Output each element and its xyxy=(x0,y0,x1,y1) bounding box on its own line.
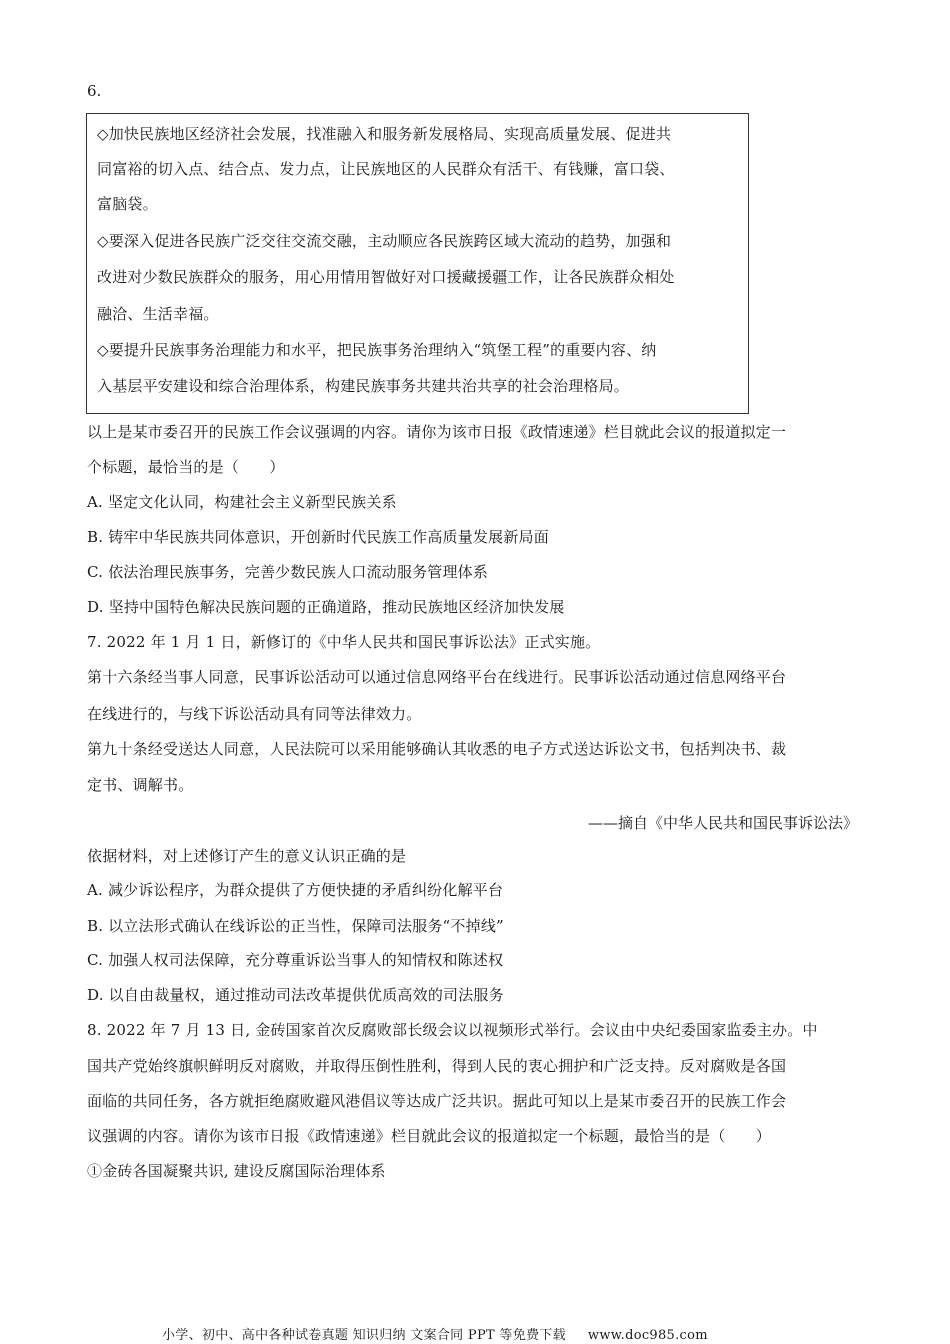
option-c: C. 加强人权司法保障，充分尊重诉讼当事人的知情权和陈述权 xyxy=(87,950,503,970)
material-line: 第九十条经受送达人同意，人民法院可以采用能够确认其收悉的电子方式送达诉讼文书，包… xyxy=(87,739,786,759)
source-citation: ——摘自《中华人民共和国民事诉讼法》 xyxy=(588,812,858,833)
option-a: A. 坚定文化认同，构建社会主义新型民族关系 xyxy=(87,492,397,512)
material-line: 在线进行的，与线下诉讼活动具有同等法律效力。 xyxy=(87,704,421,724)
option-c: C. 依法治理民族事务，完善少数民族人口流动服务管理体系 xyxy=(87,562,488,582)
material-line: ◇要提升民族事务治理能力和水平，把民族事务治理纳入“筑堡工程”的重要内容、纳 xyxy=(97,340,656,360)
question-text: 8. 2022 年 7 月 13 日, 金砖国家首次反腐败部长级会议以视频形式举… xyxy=(87,1020,818,1040)
question-stem: 个标题，最恰当的是（ ） xyxy=(87,457,285,477)
option-b: B. 铸牢中华民族共同体意识，开创新时代民族工作高质量发展新局面 xyxy=(87,527,549,547)
material-line: 富脑袋。 xyxy=(97,194,158,214)
question-intro: 7. 2022 年 1 月 1 日，新修订的《中华人民共和国民事诉讼法》正式实施… xyxy=(87,632,600,652)
material-box: ◇加快民族地区经济社会发展，找准融入和服务新发展格局、实现高质量发展、促进共 同… xyxy=(86,113,749,414)
material-line: 入基层平安建设和综合治理体系，构建民族事务共建共治共享的社会治理格局。 xyxy=(97,376,629,396)
material-line: 定书、调解书。 xyxy=(87,775,193,795)
option-b: B. 以立法形式确认在线诉讼的正当性，保障司法服务“不掉线” xyxy=(87,916,504,936)
material-line: 同富裕的切入点、结合点、发力点，让民族地区的人民群众有活干、有钱赚，富口袋、 xyxy=(97,159,675,179)
material-line: 第十六条经当事人同意，民事诉讼活动可以通过信息网络平台在线进行。民事诉讼活动通过… xyxy=(87,667,786,687)
option-d: D. 以自由裁量权，通过推动司法改革提供优质高效的司法服务 xyxy=(87,985,504,1005)
footer-url[interactable]: www.doc985.com xyxy=(588,1328,708,1343)
option-a: A. 减少诉讼程序，为群众提供了方便快捷的矛盾纠纷化解平台 xyxy=(87,880,503,900)
page-footer: 小学、初中、高中各种试卷真题 知识归纳 文案合同 PPT 等免费下载www.do… xyxy=(162,1324,708,1343)
question-stem: 以上是某市委召开的民族工作会议强调的内容。请你为该市日报《政情速递》栏目就此会议… xyxy=(87,422,786,442)
question-text: 国共产党始终旗帜鲜明反对腐败，并取得压倒性胜利，得到人民的衷心拥护和广泛支持。反… xyxy=(87,1056,786,1076)
question-number: 6. xyxy=(87,82,101,100)
question-text: 议强调的内容。请你为该市日报《政情速递》栏目就此会议的报道拟定一个标题，最恰当的… xyxy=(87,1126,771,1146)
material-line: ◇加快民族地区经济社会发展，找准融入和服务新发展格局、实现高质量发展、促进共 xyxy=(97,124,671,144)
option-d: D. 坚持中国特色解决民族问题的正确道路，推动民族地区经济加快发展 xyxy=(87,597,565,617)
question-text: 面临的共同任务，各方就拒绝腐败避风港倡议等达成广泛共识。据此可知以上是某市委召开… xyxy=(87,1091,786,1111)
material-line: 改进对少数民族群众的服务，用心用情用智做好对口援藏援疆工作，让各民族群众相处 xyxy=(97,267,675,287)
material-line: 融洽、生活幸福。 xyxy=(97,304,219,324)
question-stem: 依据材料，对上述修订产生的意义认识正确的是 xyxy=(87,846,406,866)
material-line: ◇要深入促进各民族广泛交往交流交融，主动顺应各民族跨区域大流动的趋势，加强和 xyxy=(97,231,671,251)
footer-text: 小学、初中、高中各种试卷真题 知识归纳 文案合同 PPT 等免费下载 xyxy=(162,1328,566,1343)
statement-item: ①金砖各国凝聚共识, 建设反腐国际治理体系 xyxy=(87,1161,386,1181)
